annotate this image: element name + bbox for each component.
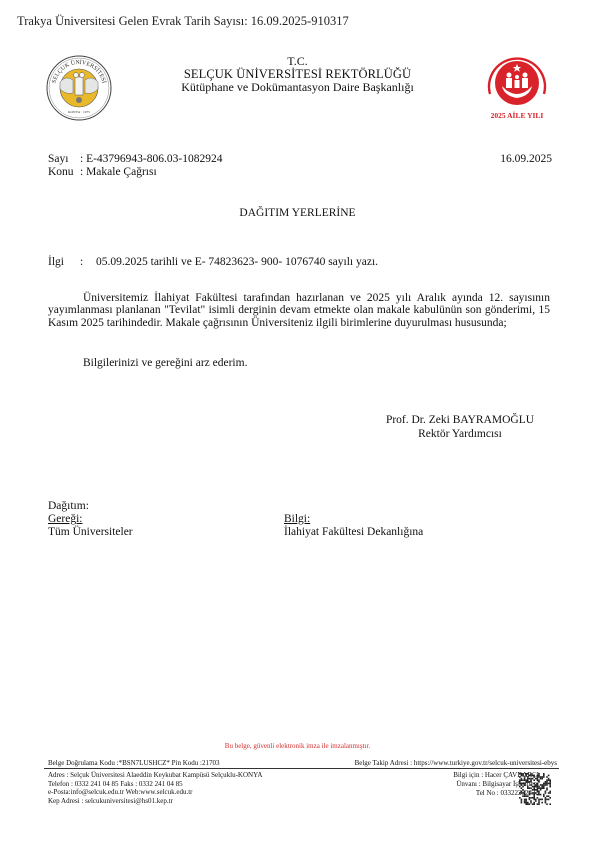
bilgi-label: Bilgi: [284, 513, 423, 526]
kep-line: Kep Adresi : selcukuniversitesi@hs01.kep… [48, 797, 262, 806]
letter-body: Üniversitemiz İlahiyat Fakültesi tarafın… [48, 292, 550, 329]
document-meta: Sayı : E-43796943-806.03-1082924 Konu : … [48, 153, 222, 179]
sayi-row: Sayı : E-43796943-806.03-1082924 [48, 153, 222, 166]
qr-code-icon[interactable] [519, 773, 551, 805]
institution-address: Adres : Selçuk Üniversitesi Alaeddin Key… [48, 771, 262, 805]
phone-line: Telefon : 0332 241 04 85 Faks : 0332 241… [48, 780, 262, 789]
tracking-address-link[interactable]: Belge Takip Adresi : https://www.turkiye… [355, 759, 557, 767]
info-recipients: Bilgi: İlahiyat Fakültesi Dekanlığına [284, 513, 423, 539]
closing-line: Bilgilerinizi ve gereğini arz ederim. [83, 357, 247, 369]
family-year-emblem-icon: 2025 AİLE YILI [478, 50, 556, 122]
svg-text:2025 AİLE YILI: 2025 AİLE YILI [491, 110, 544, 120]
signature-block: Prof. Dr. Zeki BAYRAMOĞLU Rektör Yardımc… [340, 413, 580, 441]
signer-title: Rektör Yardımcısı [340, 427, 580, 441]
signer-name: Prof. Dr. Zeki BAYRAMOĞLU [340, 413, 580, 427]
document-date: 16.09.2025 [500, 153, 552, 165]
distribution-title: DAĞITIM YERLERİNE [0, 207, 595, 219]
svg-text:KONYA · 1975: KONYA · 1975 [68, 110, 90, 114]
email-web-line[interactable]: e-Posta:info@selcuk.edu.tr Web:www.selcu… [48, 788, 262, 797]
incoming-document-stamp: Trakya Üniversitesi Gelen Evrak Tarih Sa… [17, 14, 349, 29]
gereği-value: Tüm Üniversiteler [48, 526, 133, 539]
address-line: Adres : Selçuk Üniversitesi Alaeddin Key… [48, 771, 262, 780]
ilgi-text: 05.09.2025 tarihli ve E- 74823623- 900- … [96, 256, 378, 268]
distribution-list: Dağıtım: Gereği: Tüm Üniversiteler [48, 500, 133, 539]
sayi-value: : E-43796943-806.03-1082924 [80, 153, 222, 166]
konu-label: Konu [48, 166, 80, 179]
gereği-label: Gereği: [48, 513, 133, 526]
konu-value: : Makale Çağrısı [80, 166, 157, 179]
esignature-note: Bu belge, güvenli elektronik imza ile im… [0, 742, 595, 750]
footer-divider [44, 768, 559, 769]
konu-row: Konu : Makale Çağrısı [48, 166, 222, 179]
reference-line: İlgi : 05.09.2025 tarihli ve E- 74823623… [48, 256, 378, 268]
sayi-label: Sayı [48, 153, 80, 166]
ilgi-colon: : [80, 256, 96, 268]
bilgi-value: İlahiyat Fakültesi Dekanlığına [284, 526, 423, 539]
verification-code: Belge Doğrulama Kodu :*BSN7LUSHCZ* Pin K… [48, 759, 220, 767]
body-paragraph: Üniversitemiz İlahiyat Fakültesi tarafın… [48, 292, 550, 329]
ilgi-label: İlgi [48, 256, 80, 268]
distribution-label: Dağıtım: [48, 500, 133, 513]
